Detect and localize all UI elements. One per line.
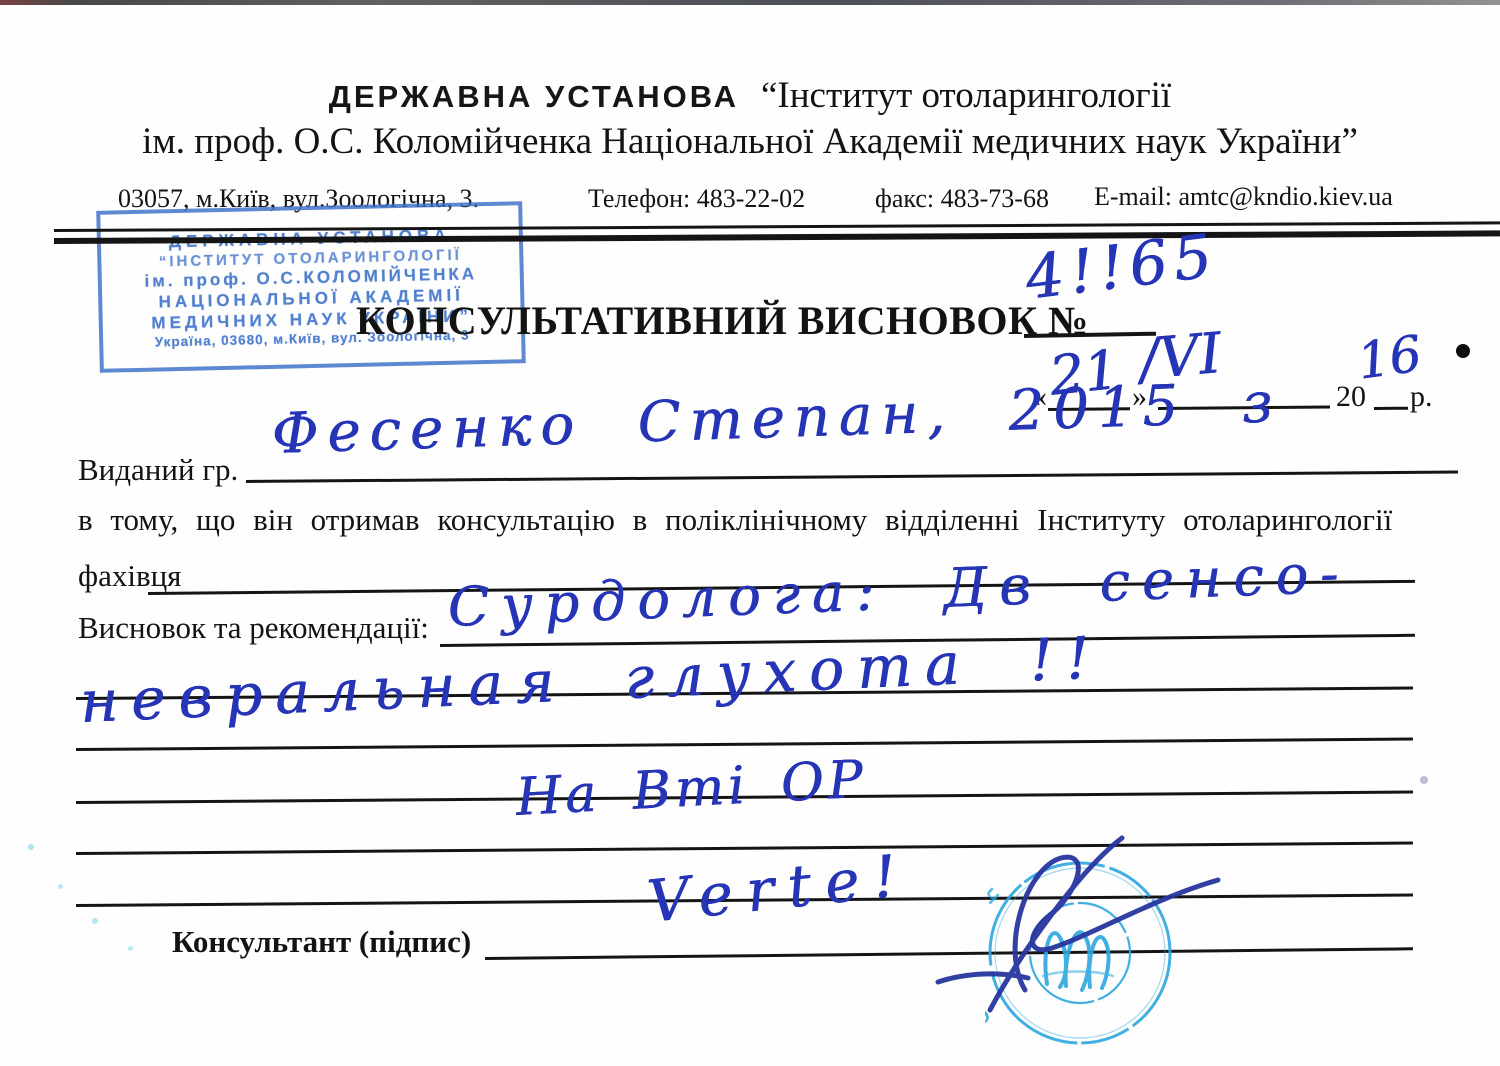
scan-speckle [92, 918, 98, 924]
org-phone: Телефон: 483-22-02 [588, 184, 805, 214]
org-header-line2: ім. проф. О.С. Коломійченка Національної… [0, 120, 1500, 163]
form-title: КОНСУЛЬТАТИВНИЙ ВИСНОВОК № [356, 297, 1089, 344]
scan-speckle [128, 946, 133, 951]
handwritten-patient-name: Фесенко Степан, 2015 з [271, 370, 1282, 467]
date-year-suffix: р. [1410, 380, 1433, 414]
consultant-label: Консультант (підпис) [172, 924, 471, 960]
org-fax: факс: 483-73-68 [875, 184, 1049, 214]
scan-edge-artifact [0, 0, 1500, 5]
ink-dot-artifact [1456, 344, 1470, 358]
handwritten-verte-note: Verte! [644, 841, 913, 936]
handwritten-conclusion-line1: Сурдолога: Дв сенсо- [447, 541, 1352, 639]
org-name-quote: “Інститут отоларингології [761, 75, 1171, 116]
org-name-bold: ДЕРЖАВНА УСТАНОВА [329, 79, 739, 114]
conclusion-label: Висновок та рекомендації: [78, 610, 429, 646]
org-email: E-mail: amtc@kndio.kiev.ua [1094, 182, 1393, 212]
ruled-line-2 [76, 737, 1413, 750]
issued-label: Виданий гр. [78, 452, 238, 488]
scan-speckle [1420, 776, 1428, 784]
body-paragraph: в тому, що він отримав консультацію в по… [78, 502, 1438, 538]
consultant-signature [930, 830, 1230, 1025]
scan-speckle [58, 884, 63, 889]
scanned-document: ДЕРЖАВНА УСТАНОВА “Інститут отоларинголо… [0, 0, 1500, 1066]
org-header-line1: ДЕРЖАВНА УСТАНОВА “Інститут отоларинголо… [0, 74, 1500, 117]
date-year-underline [1374, 407, 1408, 410]
issued-underline [246, 470, 1458, 482]
handwritten-conclusion-line3: На Вті ОР [514, 750, 868, 828]
handwritten-year: 16 [1354, 324, 1425, 390]
scan-speckle [28, 844, 34, 850]
specialist-label: фахівця [78, 558, 181, 594]
